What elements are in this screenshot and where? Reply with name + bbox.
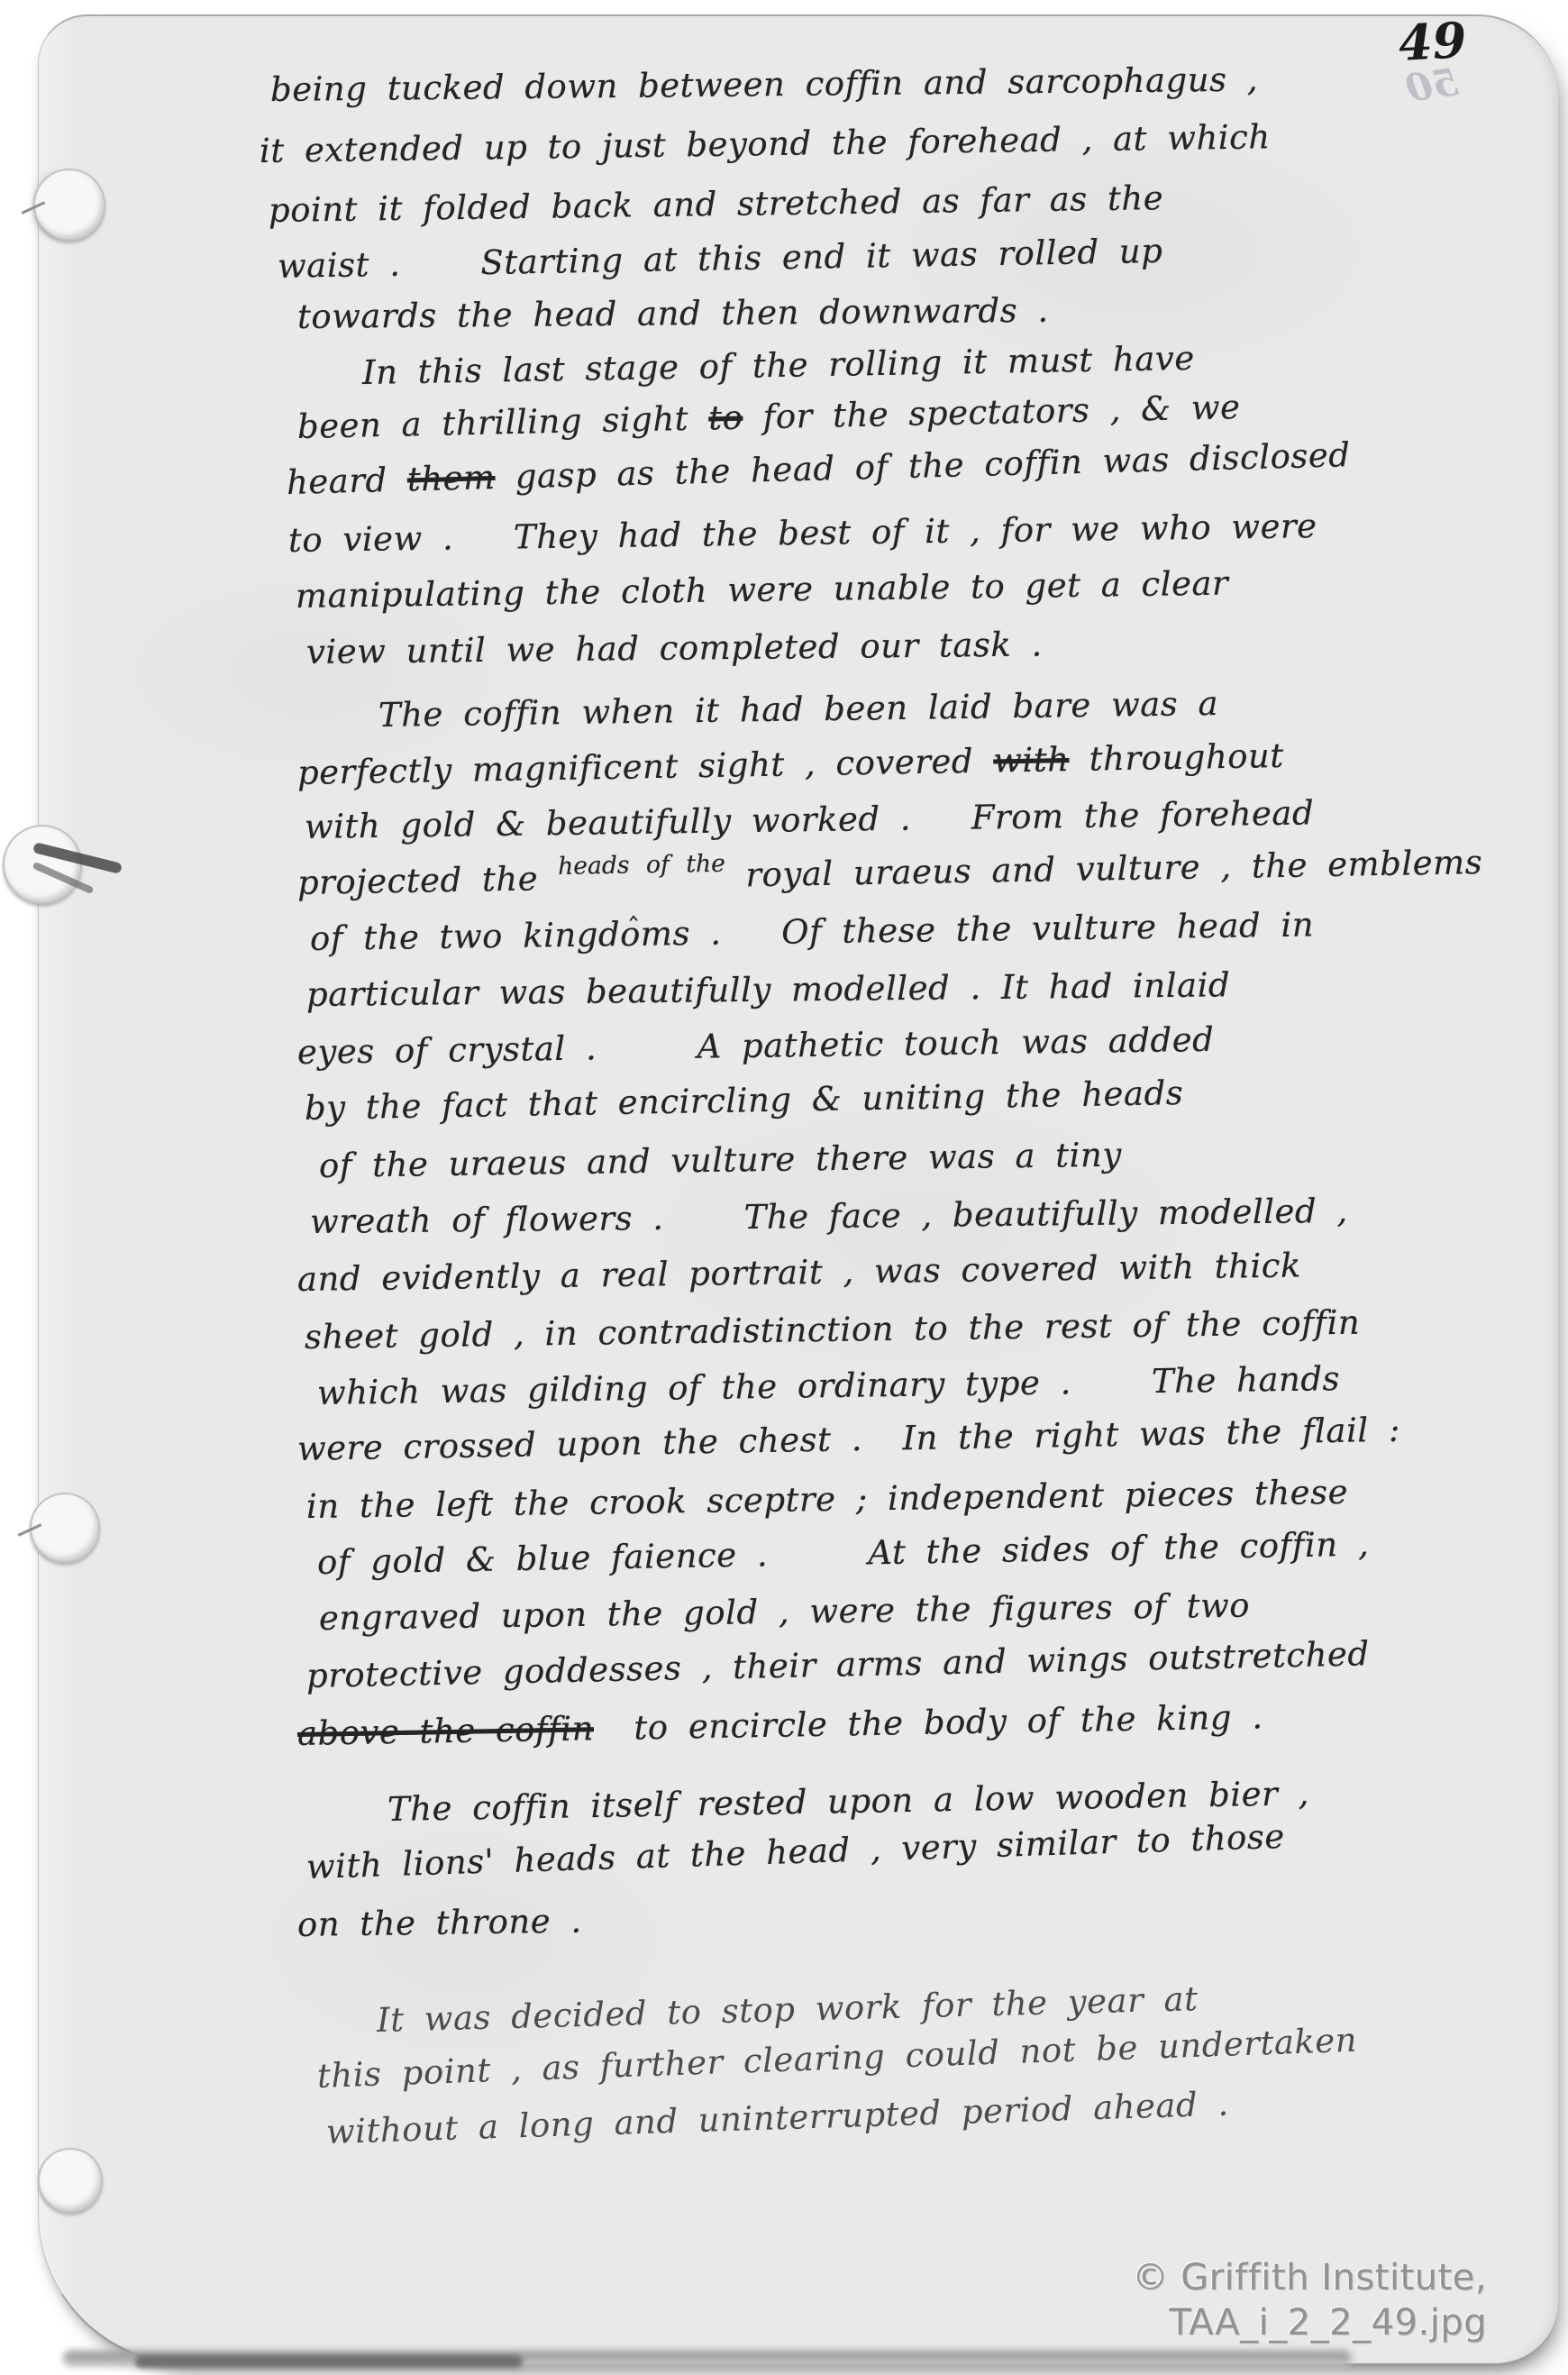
struck-text: with (993, 740, 1070, 780)
hole-punch-1 (33, 169, 105, 241)
watermark-institute: © Griffith Institute, (1117, 2255, 1487, 2300)
hole-punch-3 (30, 1493, 100, 1563)
hole-punch-4 (38, 2148, 103, 2213)
struck-text: to (708, 398, 743, 438)
scanned-notebook-page: 49 50 being tucked down between coffin a… (0, 0, 1568, 2375)
handwriting-line: towards the head and then downwards . (297, 291, 1049, 336)
handwriting-text: on the throne . (297, 1902, 582, 1944)
handwriting-text: projected the (297, 859, 559, 902)
bleedthrough-page-number: 50 (1403, 59, 1462, 111)
handwriting-text: throughout (1069, 736, 1284, 779)
copyright-watermark: © Griffith Institute, TAA_i_2_2_49.jpg (1117, 2255, 1487, 2345)
scan-bottom-shadow-dark (135, 2355, 523, 2368)
inserted-text: heads of the (558, 850, 725, 881)
handwriting-text: heard (286, 461, 407, 502)
struck-text: above the coffin (297, 1709, 595, 1753)
handwriting-line: view until we had completed our task . (306, 625, 1043, 671)
handwriting-text: towards the head and then downwards . (297, 291, 1049, 336)
handwriting-line: on the throne . (297, 1902, 582, 1944)
watermark-filename: TAA_i_2_2_49.jpg (1117, 2300, 1487, 2345)
handwriting-text: view until we had completed our task . (306, 625, 1043, 671)
struck-text: them (406, 458, 496, 499)
